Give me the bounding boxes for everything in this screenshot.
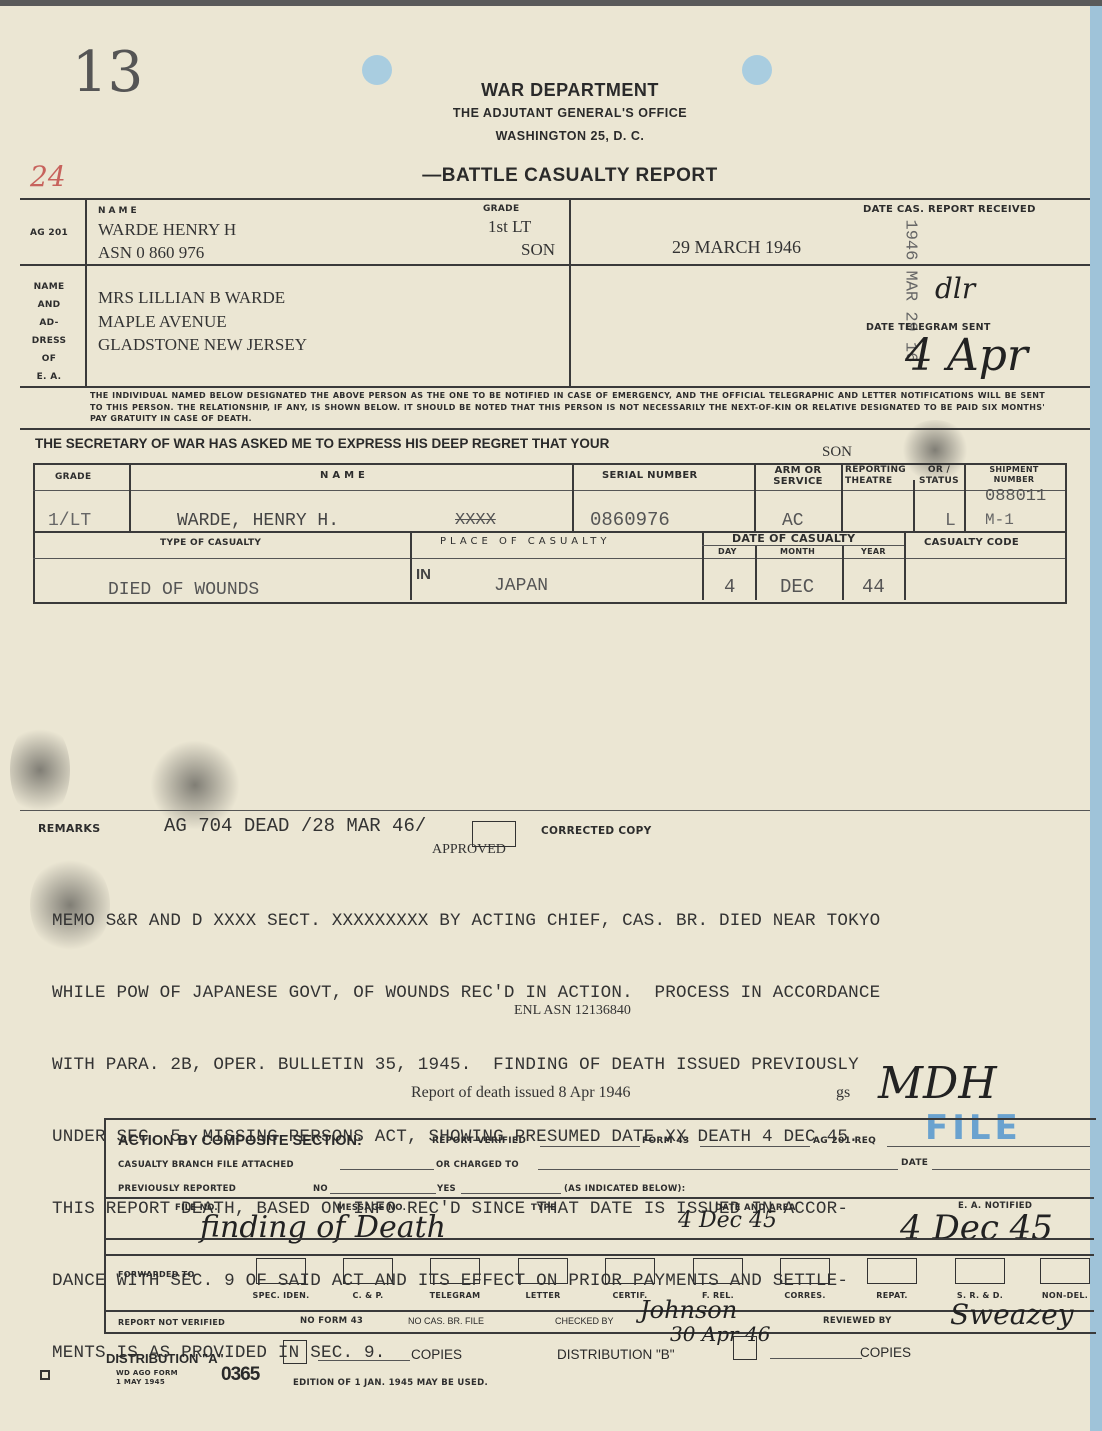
col-place: PLACE OF CASUALTY xyxy=(440,536,611,547)
handwritten-date-area: 4 Dec 45 xyxy=(678,1208,777,1233)
col-month: MONTH xyxy=(780,547,815,556)
date-received-label: DATE CAS. REPORT RECEIVED xyxy=(863,204,1036,215)
handwritten-page-number: 13 xyxy=(72,40,143,105)
distribution-a-label: DISTRIBUTION "A" xyxy=(106,1351,224,1366)
forward-checkbox[interactable] xyxy=(256,1258,306,1284)
not-verified-label: REPORT NOT VERIFIED xyxy=(118,1318,225,1327)
fingerprint-smudge xyxy=(900,420,970,480)
action-title: ACTION BY COMPOSITE SECTION: xyxy=(118,1133,362,1149)
label-line: OF xyxy=(24,350,74,368)
checked-by-label: CHECKED BY xyxy=(555,1316,614,1326)
remarks-label: REMARKS xyxy=(38,822,100,835)
report-issued-signature: MDH xyxy=(878,1058,997,1109)
col-year: YEAR xyxy=(861,547,886,556)
form-label: WD AGO FORM xyxy=(116,1369,178,1377)
fingerprint-smudge xyxy=(10,720,70,820)
rule xyxy=(33,531,1065,533)
regret-relation: SON xyxy=(822,444,852,461)
copies-a-label: COPIES xyxy=(411,1347,462,1362)
rule xyxy=(20,386,1090,388)
rule xyxy=(104,1310,1094,1312)
cell-day: 4 xyxy=(724,576,735,598)
label-line: E. A. xyxy=(24,368,74,386)
rule xyxy=(104,1197,1094,1199)
col-casualty-code: CASUALTY CODE xyxy=(924,537,1019,548)
report-date: 29 MARCH 1946 xyxy=(672,237,801,258)
label-line: NAME xyxy=(24,278,74,296)
rule xyxy=(85,198,87,388)
rule xyxy=(755,546,757,600)
form43-label: FORM 43 xyxy=(642,1136,689,1146)
rule xyxy=(842,546,844,600)
grade-value: 1st LT xyxy=(488,217,531,237)
col-grade: GRADE xyxy=(55,472,91,482)
regret-statement: THE SECRETARY OF WAR HAS ASKED ME TO EXP… xyxy=(35,436,609,451)
cell-place: JAPAN xyxy=(494,576,548,596)
distribution-b-checkbox[interactable] xyxy=(733,1336,757,1360)
ag201-label: AG 201 xyxy=(30,228,68,238)
report-issued-text: Report of death issued 8 Apr 1946 xyxy=(411,1084,631,1102)
cell-place-prefix: IN xyxy=(416,566,431,583)
cell-serial: 0860976 xyxy=(590,509,670,531)
office-address: WASHINGTON 25, D. C. xyxy=(380,129,760,143)
forward-label: TELEGRAM xyxy=(418,1291,492,1300)
report-verified-label: REPORT VERIFIED xyxy=(432,1136,526,1146)
rule xyxy=(33,558,1065,559)
ea-name: MRS LILLIAN B WARDE xyxy=(98,288,285,308)
rule xyxy=(20,264,1090,266)
rule xyxy=(104,1238,1094,1240)
handwritten-ea-notified: 4 Dec 45 xyxy=(900,1208,1053,1248)
rule xyxy=(20,198,1090,200)
remarks-line: MEMO S&R AND D XXXX SECT. XXXXXXXXX BY A… xyxy=(52,909,880,933)
forward-label: C. & P. xyxy=(331,1291,405,1300)
forwarded-to-label: FORWARDED TO xyxy=(118,1270,195,1280)
rule xyxy=(841,463,843,531)
forward-label: REPAT. xyxy=(855,1291,929,1300)
as-indicated-label: (AS INDICATED BELOW): xyxy=(564,1184,685,1194)
checked-by-signature: Johnson xyxy=(640,1296,737,1324)
forward-label: LETTER xyxy=(506,1291,580,1300)
forward-checkbox[interactable] xyxy=(343,1258,393,1284)
handwritten-telegram-date: 4 Apr xyxy=(905,330,1028,381)
rule xyxy=(770,1358,862,1359)
rule xyxy=(33,490,1065,491)
rule xyxy=(702,545,904,546)
form-number: 0365 xyxy=(221,1364,259,1386)
forward-checkbox[interactable] xyxy=(518,1258,568,1284)
rule xyxy=(700,1146,810,1147)
col-date: DATE OF CASUALTY xyxy=(732,532,855,545)
prev-reported-label: PREVIOUSLY REPORTED xyxy=(118,1184,236,1194)
corner-mark xyxy=(40,1370,50,1380)
rule xyxy=(569,198,571,388)
reviewed-by-label: REVIEWED BY xyxy=(823,1316,892,1326)
cell-arm: AC xyxy=(782,511,804,531)
cell-year: 44 xyxy=(862,576,885,598)
forward-checkbox[interactable] xyxy=(955,1258,1005,1284)
soldier-asn: ASN 0 860 976 xyxy=(98,243,204,263)
cell-shipment-2: M-1 xyxy=(985,511,1014,529)
ea-address-label: NAME AND AD- DRESS OF E. A. xyxy=(24,278,74,386)
label-line: AND xyxy=(24,296,74,314)
label-line: AD- xyxy=(24,314,74,332)
forward-checkbox[interactable] xyxy=(780,1258,830,1284)
enlisted-asn: ENL ASN 12136840 xyxy=(514,1003,631,1019)
ag201req-label: AG 201 REQ xyxy=(813,1136,876,1146)
distribution-b-label: DISTRIBUTION "B" xyxy=(557,1347,675,1362)
col-type: TYPE xyxy=(531,1203,556,1213)
cell-shipment: 088011 xyxy=(985,487,1046,506)
corrected-copy-label: CORRECTED COPY xyxy=(541,825,652,837)
cell-month: DEC xyxy=(780,576,814,598)
name-label: NAME xyxy=(98,206,140,216)
remarks-first-line: AG 704 DEAD /28 MAR 46/ xyxy=(164,815,426,837)
col-serial: SERIAL NUMBER xyxy=(602,470,698,481)
approved-insert: APPROVED xyxy=(432,842,506,858)
rule xyxy=(538,1169,898,1170)
rule xyxy=(318,1360,410,1361)
ea-city: GLADSTONE NEW JERSEY xyxy=(98,335,307,355)
rule xyxy=(702,531,704,600)
col-name: NAME xyxy=(320,470,369,481)
forward-checkbox[interactable] xyxy=(605,1258,655,1284)
red-margin-note: 24 xyxy=(30,160,66,193)
col-type: TYPE OF CASUALTY xyxy=(160,538,261,548)
no-label: NO xyxy=(313,1184,328,1194)
no-cas-file-label: NO CAS. BR. FILE xyxy=(408,1316,484,1326)
rule xyxy=(572,463,574,531)
forward-label: SPEC. IDEN. xyxy=(244,1291,318,1300)
edition-note: EDITION OF 1 JAN. 1945 MAY BE USED. xyxy=(293,1378,488,1388)
form-date: 1 MAY 1945 xyxy=(116,1378,165,1386)
col-arm: ARM OR SERVICE xyxy=(768,465,828,487)
rule xyxy=(887,1146,1090,1147)
col-day: DAY xyxy=(718,547,737,556)
cell-grade: 1/LT xyxy=(48,511,91,531)
forward-checkbox[interactable] xyxy=(867,1258,917,1284)
rule xyxy=(129,463,131,531)
soldier-name: WARDE HENRY H xyxy=(98,220,236,240)
rule xyxy=(330,1193,436,1194)
branch-file-label: CASUALTY BRANCH FILE ATTACHED xyxy=(118,1160,294,1170)
rule xyxy=(20,810,1090,811)
no-form43-label: NO FORM 43 xyxy=(300,1316,363,1326)
rule xyxy=(104,1254,1094,1256)
charged-to-label: OR CHARGED TO xyxy=(436,1160,519,1170)
rule xyxy=(410,531,412,600)
grade-label: GRADE xyxy=(483,204,519,214)
rule xyxy=(913,480,915,531)
col-shipment: SHIPMENT NUMBER xyxy=(968,465,1060,485)
date-label: DATE xyxy=(901,1158,928,1168)
cell-type: DIED OF WOUNDS xyxy=(108,580,259,600)
remarks-line: WHILE POW OF JAPANESE GOVT, OF WOUNDS RE… xyxy=(52,981,880,1005)
label-line: DRESS xyxy=(24,332,74,350)
forward-checkbox[interactable] xyxy=(693,1258,743,1284)
rule xyxy=(932,1169,1090,1170)
form-title: —BATTLE CASUALTY REPORT xyxy=(370,165,770,187)
distribution-a-checkbox[interactable] xyxy=(283,1340,307,1364)
handwritten-initials: dlr xyxy=(935,272,975,305)
report-issued-initials: gs xyxy=(836,1084,850,1102)
remarks-line: WITH PARA. 2B, OPER. BULLETIN 35, 1945. … xyxy=(52,1053,880,1077)
rule xyxy=(461,1193,561,1194)
cell-status: L xyxy=(945,511,956,531)
department-title: WAR DEPARTMENT xyxy=(380,80,760,101)
ea-street: MAPLE AVENUE xyxy=(98,312,227,332)
reviewed-by-signature: Sweazey xyxy=(950,1298,1074,1331)
copies-b-label: COPIES xyxy=(860,1345,911,1360)
rule xyxy=(904,531,906,600)
rule xyxy=(964,463,966,531)
cell-name-struck: XXXX xyxy=(455,511,496,530)
relationship-value: SON xyxy=(521,240,555,260)
forward-label: CORRES. xyxy=(768,1291,842,1300)
notification-notice: THE INDIVIDUAL NAMED BELOW DESIGNATED TH… xyxy=(90,390,1045,425)
col-theatre: REPORTING THEATRE xyxy=(845,465,915,487)
rule xyxy=(540,1146,640,1147)
yes-label: YES xyxy=(437,1184,456,1194)
rule xyxy=(340,1169,434,1170)
forward-checkbox[interactable] xyxy=(1040,1258,1090,1284)
cell-name: WARDE, HENRY H. xyxy=(177,511,339,531)
office-title: THE ADJUTANT GENERAL'S OFFICE xyxy=(380,106,760,120)
forward-checkbox[interactable] xyxy=(430,1258,480,1284)
rule xyxy=(754,463,756,531)
